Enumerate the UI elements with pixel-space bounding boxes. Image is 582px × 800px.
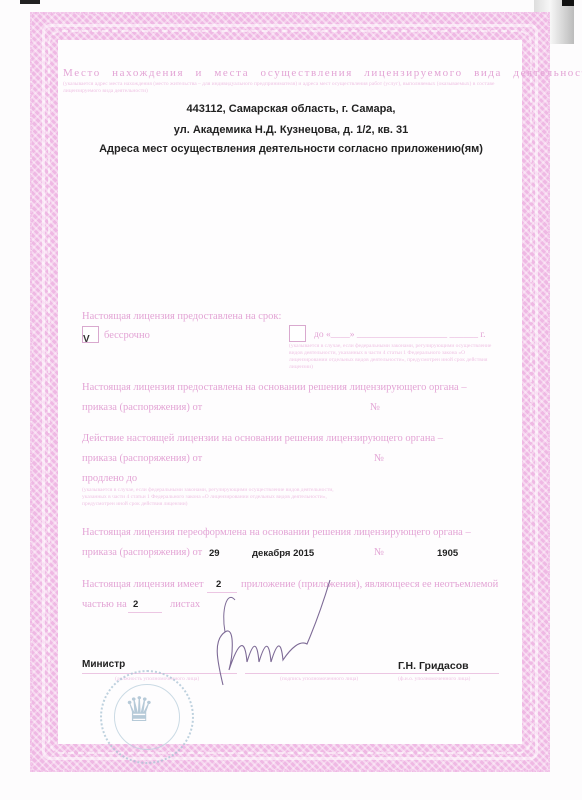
name-hint: (ф.и.о. уполномоченного лица) bbox=[398, 676, 470, 683]
signatory-name: Г.Н. Гридасов bbox=[398, 660, 469, 672]
address-line-1: 443112, Самарская область, г. Самара, bbox=[0, 103, 582, 115]
appendices-text-before: Настоящая лицензия имеет bbox=[82, 579, 204, 590]
address-line-2: ул. Академика Н.Д. Кузнецова, д. 1/2, кв… bbox=[0, 124, 582, 136]
scan-edge-mark bbox=[562, 0, 574, 6]
scan-edge-mark bbox=[20, 0, 40, 4]
reissued-order-label: приказа (распоряжения) от bbox=[82, 547, 202, 558]
handwritten-signature bbox=[195, 570, 345, 690]
name-line bbox=[384, 673, 499, 674]
official-seal: ♛ bbox=[100, 670, 194, 764]
check-mark: V bbox=[83, 334, 90, 345]
location-hint: (указывается адрес места нахождения (мес… bbox=[63, 81, 519, 95]
extended-hint: (указывается в случае, если федеральными… bbox=[82, 487, 357, 508]
granted-order-label: приказа (распоряжения) от bbox=[82, 402, 202, 413]
checkbox-until-date[interactable] bbox=[289, 325, 306, 342]
option-until-label: до «____» ___________________ ______ г. bbox=[314, 330, 486, 340]
extended-number-label: № bbox=[374, 453, 384, 464]
reissued-number: 1905 bbox=[437, 548, 458, 559]
address-line-3: Адреса мест осуществления деятельности с… bbox=[0, 143, 582, 155]
reissued-number-label: № bbox=[374, 547, 384, 558]
extended-basis-heading: Действие настоящей лицензии на основании… bbox=[82, 433, 443, 444]
reissued-month-year: декабря 2015 bbox=[252, 548, 314, 559]
location-heading: Место нахождения и места осуществления л… bbox=[63, 67, 582, 79]
signatory-position: Министр bbox=[82, 659, 125, 670]
granted-number-label: № bbox=[370, 402, 380, 413]
reissued-basis-heading: Настоящая лицензия переоформлена на осно… bbox=[82, 527, 471, 538]
appendices-sheets: 2 bbox=[133, 599, 138, 610]
term-heading: Настоящая лицензия предоставлена на срок… bbox=[82, 311, 281, 322]
reissued-day: 29 bbox=[209, 548, 220, 559]
double-headed-eagle-icon: ♛ bbox=[124, 690, 154, 730]
sheets-underline bbox=[128, 612, 162, 613]
appendices-line2-before: частью на bbox=[82, 599, 127, 610]
option-unlimited-label: бессрочно bbox=[104, 330, 150, 341]
extended-until-label: продлено до bbox=[82, 473, 137, 484]
extended-order-label: приказа (распоряжения) от bbox=[82, 453, 202, 464]
granted-basis-heading: Настоящая лицензия предоставлена на осно… bbox=[82, 382, 467, 393]
option-until-hint: (указывается в случае, если федеральными… bbox=[289, 343, 504, 371]
